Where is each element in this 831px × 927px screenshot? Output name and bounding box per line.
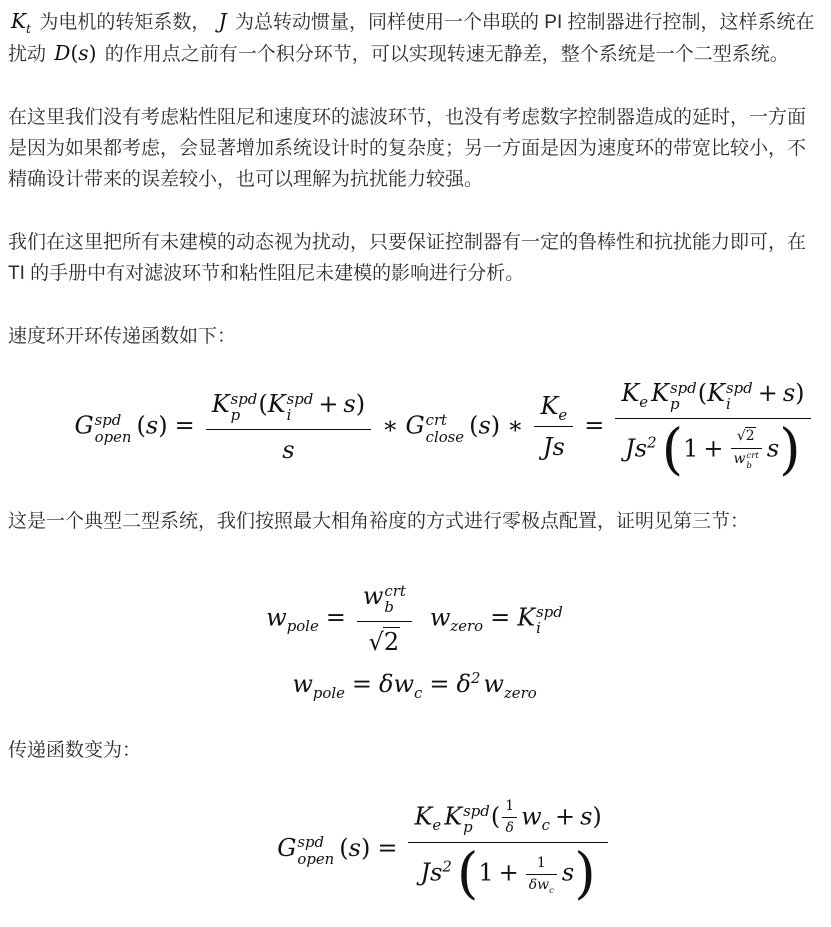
- math-space: [346, 624, 353, 625]
- math-superscript: spd: [297, 834, 334, 850]
- math-var: w: [483, 670, 504, 698]
- paragraph-transfer-becomes: 传递函数变为：: [8, 735, 821, 766]
- math-subscript: open: [95, 429, 132, 445]
- math-var: w: [734, 451, 746, 467]
- math-subscript: pole: [287, 617, 319, 635]
- math-symbol: ): [158, 411, 167, 439]
- formula-open-loop-transfer: Gspdopen(s)=Kspdp(Kspdi+s)s∗Gcrtclose(s)…: [68, 376, 821, 478]
- math-symbol: ): [592, 802, 601, 830]
- equation-g-open-final: Gspdopen(s)=KeKspdp(1δwc+s)Js2(1+1δwcs): [277, 796, 612, 903]
- math-var: s: [343, 390, 355, 418]
- math-var: G: [405, 411, 424, 439]
- math-subscript: b: [384, 599, 405, 615]
- math-symbol: +: [555, 802, 575, 830]
- math-scripts: spdi: [536, 604, 563, 637]
- math-symbol: 1: [683, 434, 698, 462]
- math-space: [523, 432, 530, 433]
- math-subscript: b: [746, 462, 758, 471]
- math-symbol: 1: [478, 859, 493, 887]
- math-superscript: spd: [536, 604, 563, 620]
- math-var: s: [767, 434, 779, 462]
- math-subscript: t: [26, 21, 31, 36]
- math-var: w: [363, 582, 384, 610]
- paragraph-text: 为电机的转矩系数，: [39, 12, 210, 33]
- math-subscript: zero: [450, 617, 483, 635]
- math-space: [397, 855, 404, 856]
- math-numerator: Ke: [534, 389, 573, 427]
- paragraph-pole-zero-placement: 这是一个典型二型系统，我们按照最大相角裕度的方式进行零极点配置，证明见第三节：: [8, 506, 821, 537]
- math-symbol: +: [318, 390, 338, 418]
- math-denominator: wcrtb: [731, 449, 762, 471]
- math-var: K: [651, 379, 669, 407]
- math-scripts: crtb: [384, 583, 405, 616]
- math-var: K: [212, 390, 230, 418]
- inline-math-kt: Kt: [8, 9, 34, 33]
- math-numerator: 1: [526, 855, 557, 875]
- math-denominator: √2: [357, 622, 412, 659]
- math-subscript: c: [414, 683, 422, 701]
- math-symbol: 1: [537, 855, 546, 871]
- math-var: K: [268, 390, 286, 418]
- math-var: δ: [456, 670, 470, 698]
- math-symbol: (: [339, 834, 348, 862]
- math-subscript: pole: [313, 683, 345, 701]
- math-space: [416, 624, 430, 625]
- math-symbol: ∗: [382, 411, 398, 439]
- math-var: w: [266, 603, 287, 631]
- math-var: s: [635, 434, 647, 462]
- math-var: w: [537, 877, 549, 893]
- math-symbol: (: [698, 379, 707, 407]
- math-var: δ: [379, 670, 393, 698]
- math-var: K: [444, 802, 462, 830]
- inline-math-ds: D(s): [51, 41, 99, 65]
- equation-wpole-delta: wpole=δwc=δ2wzero: [8, 669, 821, 699]
- math-subscript: p: [463, 819, 490, 835]
- inline-math-j: J: [216, 9, 230, 33]
- paragraph-disturbance-robustness: 我们在这里把所有未建模的动态视为扰动，只要保证控制器有一定的鲁棒性和抗扰能力即可…: [8, 227, 821, 289]
- math-var: w: [393, 670, 414, 698]
- math-superscript: spd: [95, 412, 132, 428]
- formula-pole-zero: wpole=wcrtb√2wzero=Kspdi wpole=δwc=δ2wze…: [8, 579, 821, 699]
- math-var: J: [420, 859, 430, 887]
- math-superscript: 2: [471, 669, 480, 687]
- math-scripts: spdp: [231, 391, 258, 424]
- math-symbol: =: [377, 834, 397, 862]
- math-scripts: spdp: [463, 803, 490, 836]
- math-subscript: e: [639, 393, 648, 411]
- paragraph-motor-intro: Kt 为电机的转矩系数， J 为总转动惯量，同样使用一个串联的 PI 控制器进行…: [8, 6, 821, 70]
- math-subscript: e: [432, 816, 441, 834]
- math-sqrt: √2: [737, 428, 756, 444]
- math-superscript: spd: [231, 391, 258, 407]
- math-scripts: crtb: [746, 452, 758, 471]
- math-symbol: =: [490, 603, 510, 631]
- math-radicand: 2: [383, 627, 400, 656]
- math-var: δ: [529, 877, 537, 893]
- math-subscript: zero: [504, 683, 537, 701]
- math-symbol: ∗: [507, 411, 523, 439]
- math-numerator: wcrtb: [357, 579, 412, 622]
- math-big-paren: (: [662, 424, 684, 476]
- math-superscript: 2: [442, 858, 451, 876]
- math-space: [345, 691, 352, 692]
- math-superscript: spd: [287, 391, 314, 407]
- math-var: w: [521, 802, 542, 830]
- math-var: s: [562, 859, 574, 887]
- math-symbol: =: [584, 411, 604, 439]
- math-var: K: [540, 392, 558, 420]
- math-subscript: open: [297, 851, 334, 867]
- math-var: K: [414, 802, 432, 830]
- math-denominator: Js2(1+1δwcs): [408, 843, 607, 902]
- math-numerator: 1: [502, 798, 517, 818]
- math-numerator: Kspdp(Kspdi+s): [206, 387, 371, 430]
- math-subscript: p: [670, 396, 697, 412]
- math-symbol: +: [499, 859, 519, 887]
- math-var: s: [580, 802, 592, 830]
- math-space: [372, 691, 379, 692]
- math-superscript: 2: [647, 433, 656, 451]
- math-scripts: spdopen: [95, 412, 132, 445]
- math-denominator: δwc: [526, 875, 557, 894]
- math-symbol: =: [326, 603, 346, 631]
- math-symbol: ): [491, 411, 500, 439]
- math-var: s: [478, 411, 490, 439]
- math-subscript: e: [558, 406, 567, 424]
- math-superscript: crt: [384, 583, 405, 599]
- math-subscript: i: [287, 407, 314, 423]
- math-numerator: √2: [731, 428, 762, 448]
- math-symbol: +: [758, 379, 778, 407]
- math-space: [195, 432, 202, 433]
- math-fraction: Kspdp(Kspdi+s)s: [206, 387, 371, 467]
- math-var: s: [783, 379, 795, 407]
- math-scripts: spdopen: [297, 834, 334, 867]
- math-var: w: [430, 603, 451, 631]
- math-superscript: spd: [463, 803, 490, 819]
- math-space: [604, 432, 611, 433]
- paragraph-modeling-assumptions: 在这里我们没有考虑粘性阻尼和速度环的滤波环节，也没有考虑数字控制器造成的延时，一…: [8, 102, 821, 195]
- math-symbol: (: [258, 390, 267, 418]
- math-var: s: [146, 411, 158, 439]
- math-symbol: ): [361, 834, 370, 862]
- math-scripts: spdi: [726, 380, 753, 413]
- math-denominator: δ: [502, 818, 517, 837]
- math-fraction: KeKspdp(1δwc+s)Js2(1+1δwcs): [408, 796, 607, 903]
- math-var: δ: [505, 820, 513, 836]
- math-space: [519, 880, 524, 881]
- paragraph-open-loop-intro: 速度环开环传递函数如下：: [8, 321, 821, 352]
- math-var: s: [282, 436, 294, 464]
- math-symbol: =: [175, 411, 195, 439]
- math-superscript: spd: [670, 380, 697, 396]
- math-fraction: wcrtb√2: [357, 579, 412, 659]
- math-symbol: =: [352, 670, 372, 698]
- math-numerator: KeKspdp(Kspdi+s): [615, 376, 810, 419]
- math-subscript: p: [231, 407, 258, 423]
- math-symbol: ): [795, 379, 804, 407]
- math-big-paren: ): [574, 848, 596, 900]
- equation-wpole-wzero: wpole=wcrtb√2wzero=Kspdi: [8, 579, 821, 659]
- math-var: J: [625, 434, 635, 462]
- math-fraction: 1δ: [502, 798, 517, 838]
- math-symbol: 1: [505, 798, 514, 814]
- radical-sign-icon: √: [369, 628, 384, 656]
- math-fraction: √2wcrtb: [731, 428, 762, 471]
- math-denominator: Js2(1+√2wcrtbs): [615, 419, 810, 478]
- math-fraction: KeJs: [534, 389, 573, 464]
- math-subscript: i: [536, 620, 563, 636]
- math-space: [319, 624, 326, 625]
- math-var: G: [277, 834, 296, 862]
- math-subscript: close: [426, 429, 464, 445]
- math-var: K: [707, 379, 725, 407]
- math-subscript: c: [549, 886, 554, 896]
- paragraph-text: 的作用点之前有一个积分环节，可以实现转速无静差，整个系统是一个二型系统。: [105, 44, 789, 65]
- math-symbol: ): [356, 390, 365, 418]
- math-scripts: spdi: [287, 391, 314, 424]
- math-var: s: [349, 834, 361, 862]
- math-scripts: crtclose: [426, 412, 464, 445]
- math-subscript: c: [542, 816, 550, 834]
- math-denominator: Js: [534, 427, 573, 464]
- math-var: G: [74, 411, 93, 439]
- math-fraction: 1δwc: [526, 855, 557, 895]
- math-sqrt: √2: [369, 628, 401, 656]
- math-big-paren: ): [779, 424, 801, 476]
- math-numerator: KeKspdp(1δwc+s): [408, 796, 607, 844]
- math-symbol: +: [703, 434, 723, 462]
- math-radicand: 2: [745, 427, 756, 444]
- math-var: K: [517, 603, 535, 631]
- math-scripts: spdp: [670, 380, 697, 413]
- math-space: [168, 432, 175, 433]
- math-var: s: [430, 859, 442, 887]
- math-symbol: ): [89, 41, 97, 65]
- math-denominator: s: [206, 430, 371, 467]
- math-fraction: KeKspdp(Kspdi+s)Js2(1+√2wcrtbs): [615, 376, 810, 478]
- math-symbol: (: [137, 411, 146, 439]
- math-var: K: [621, 379, 639, 407]
- math-space: [724, 455, 729, 456]
- equation-g-open-spd: Gspdopen(s)=Kspdp(Kspdi+s)s∗Gcrtclose(s)…: [74, 376, 814, 478]
- math-superscript: spd: [726, 380, 753, 396]
- formula-final-transfer: Gspdopen(s)=KeKspdp(1δwc+s)Js2(1+1δwcs): [68, 796, 821, 903]
- math-var: J: [219, 9, 227, 33]
- math-var: s: [78, 41, 88, 65]
- math-var: K: [11, 9, 26, 33]
- math-symbol: =: [429, 670, 449, 698]
- math-symbol: (: [491, 802, 500, 830]
- math-big-paren: (: [457, 848, 479, 900]
- math-var: s: [553, 433, 565, 461]
- math-var: w: [292, 670, 313, 698]
- math-superscript: crt: [426, 412, 464, 428]
- math-var: J: [543, 433, 553, 461]
- math-subscript: i: [726, 396, 753, 412]
- article-body: Kt 为电机的转矩系数， J 为总转动惯量，同样使用一个串联的 PI 控制器进行…: [0, 0, 831, 927]
- math-var: D: [54, 41, 70, 65]
